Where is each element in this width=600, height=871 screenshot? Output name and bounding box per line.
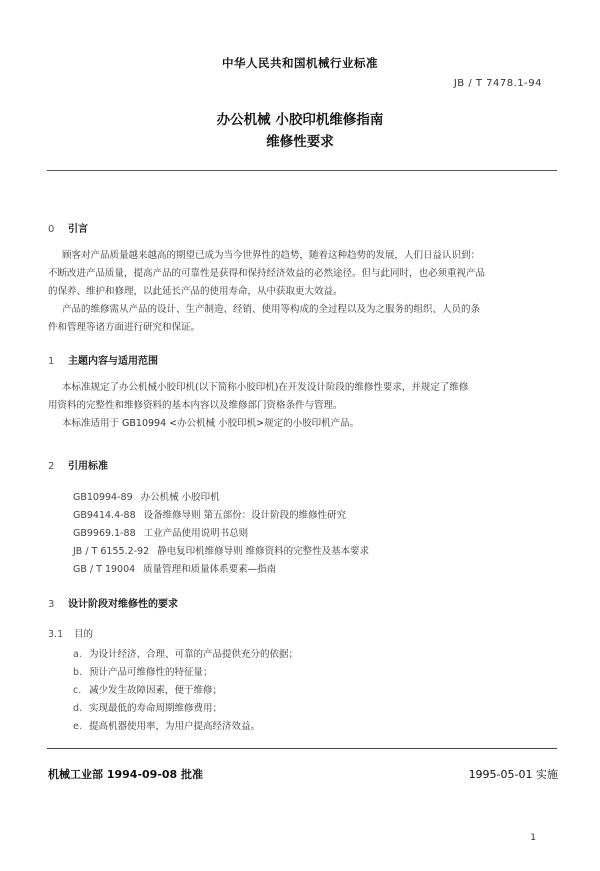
section-number: 1: [48, 356, 68, 367]
list-text: 为设计经济、合理、可靠的产品提供充分的依据；: [89, 649, 298, 660]
standard-code: JB / T 7478.1-94: [454, 78, 542, 89]
section-title: 主题内容与适用范围: [68, 356, 158, 367]
reference-title: 质量管理和质量体系要素—指南: [143, 564, 276, 575]
list-marker: a.: [73, 649, 89, 660]
list-marker: b.: [73, 667, 89, 678]
subsection-3-1-heading: 3.1目的: [48, 626, 93, 644]
reference-item: JB / T 6155.2-92静电复印机维修导则 维修资料的完整性及基本要求: [73, 543, 369, 557]
list-text: 提高机器使用率，为用户提高经济效益。: [89, 721, 260, 732]
list-item: b.预计产品可维修性的特征量；: [73, 664, 213, 678]
reference-item: GB9414.4-88设备维修导则 第五部份：设计阶段的维修性研究: [73, 507, 346, 521]
section-title: 引言: [68, 224, 88, 235]
reference-item: GB10994-89办公机械 小胶印机: [73, 489, 220, 503]
section-title: 设计阶段对维修性的要求: [68, 599, 178, 610]
header-divider: [47, 170, 557, 171]
section-3-heading: 3设计阶段对维修性的要求: [48, 595, 178, 610]
section-2-heading: 2引用标准: [48, 457, 108, 472]
page-number: 1: [530, 833, 536, 843]
reference-title: 工业产品使用说明书总则: [144, 528, 249, 539]
paragraph-line: 顾客对产品质量越来越高的期望已成为当今世界性的趋势，随着这种趋势的发展，人们日益…: [62, 247, 480, 265]
paragraph-line: 用资料的完整性和维修资料的基本内容以及维修部门资格条件与管理。: [48, 397, 343, 415]
reference-title: 设备维修导则 第五部份：设计阶段的维修性研究: [144, 510, 347, 521]
issuing-authority: 中华人民共和国机械行业标准: [0, 55, 600, 71]
section-0-heading: 0引言: [48, 220, 88, 235]
paragraph-line: 不断改进产品质量，提高产品的可靠性是获得和保持经济效益的必然途径。但与此同时，也…: [48, 265, 485, 283]
list-marker: e.: [73, 721, 89, 732]
list-marker: d.: [73, 703, 89, 714]
footer-divider: [47, 748, 557, 749]
list-text: 实现最低的寿命周期维修费用；: [89, 703, 222, 714]
approval-date: 机械工业部 1994-09-08 批准: [48, 766, 203, 782]
list-text: 减少发生故障因素，便于维修；: [89, 685, 222, 696]
subsection-number: 3.1: [48, 626, 74, 644]
list-item: a.为设计经济、合理、可靠的产品提供充分的依据；: [73, 646, 298, 660]
section-number: 2: [48, 461, 68, 472]
subsection-title: 目的: [74, 629, 93, 640]
document-subtitle: 维修性要求: [0, 130, 600, 150]
section-number: 3: [48, 599, 68, 610]
list-item: d.实现最低的寿命周期维修费用；: [73, 700, 222, 714]
reference-title: 静电复印机维修导则 维修资料的完整性及基本要求: [157, 546, 369, 557]
paragraph-line: 产品的维修需从产品的设计、生产制造、经销、使用等构成的全过程以及为之服务的组织、…: [62, 301, 480, 319]
list-text: 预计产品可维修性的特征量；: [89, 667, 213, 678]
paragraph-line: 件和管理等诸方面进行研究和保证。: [48, 319, 200, 337]
section-number: 0: [48, 224, 68, 235]
document-title: 办公机械 小胶印机维修指南: [0, 108, 600, 128]
reference-code: GB9969.1-88: [73, 528, 136, 539]
section-1-heading: 1主题内容与适用范围: [48, 352, 158, 367]
paragraph-line: 的保养、维护和修理，以此延长产品的使用寿命，从中获取更大效益。: [48, 283, 343, 301]
reference-item: GB / T 19004质量管理和质量体系要素—指南: [73, 561, 276, 575]
list-item: e.提高机器使用率，为用户提高经济效益。: [73, 718, 260, 732]
reference-code: GB10994-89: [73, 492, 133, 503]
section-title: 引用标准: [68, 461, 108, 472]
paragraph-line: 本标准适用于 GB10994 <办公机械 小胶印机>规定的小胶印机产品。: [62, 415, 359, 433]
list-item: c.减少发生故障因素，便于维修；: [73, 682, 222, 696]
paragraph-line: 本标准规定了办公机械小胶印机(以下简称小胶印机)在开发设计阶段的维修性要求，并规…: [62, 379, 468, 397]
reference-title: 办公机械 小胶印机: [141, 492, 220, 503]
implementation-date: 1995-05-01 实施: [469, 766, 558, 782]
reference-code: GB9414.4-88: [73, 510, 136, 521]
reference-code: GB / T 19004: [73, 564, 135, 575]
list-marker: c.: [73, 685, 89, 696]
reference-item: GB9969.1-88工业产品使用说明书总则: [73, 525, 248, 539]
reference-code: JB / T 6155.2-92: [73, 546, 149, 557]
